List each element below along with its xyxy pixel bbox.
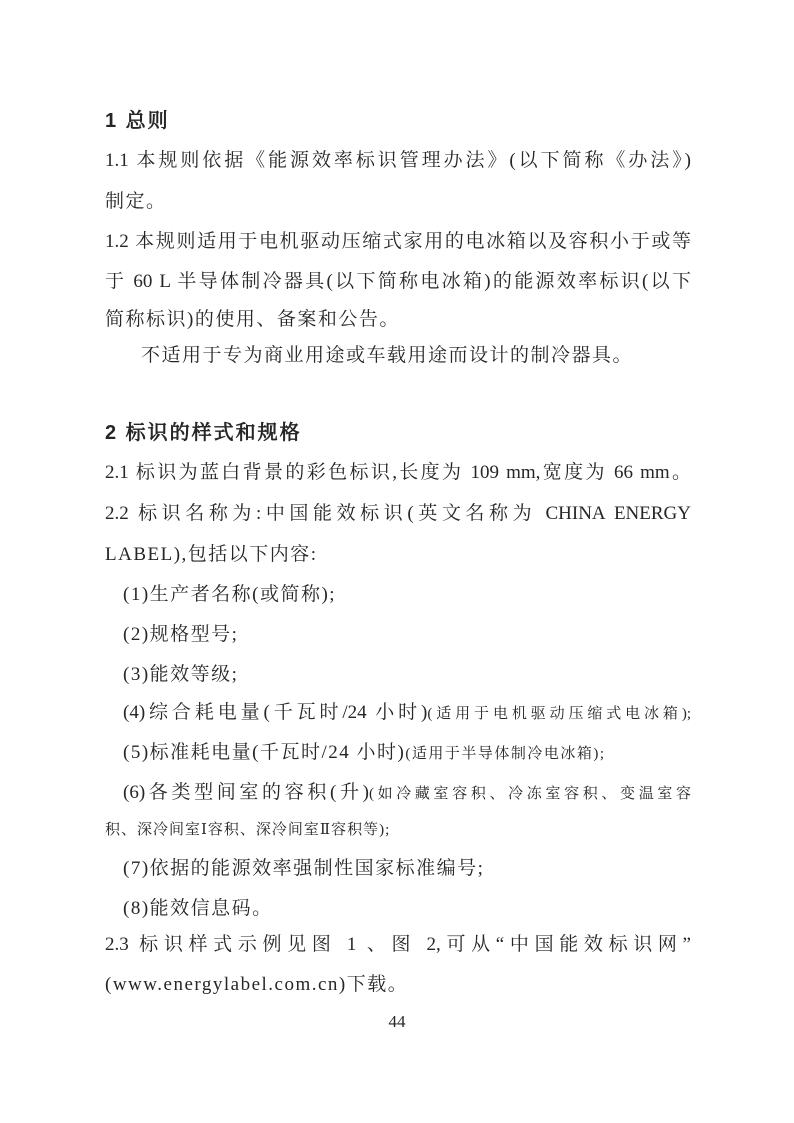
- list-item-6-main: (6)各类型间室的容积(升): [123, 782, 369, 803]
- list-item-5-note: (适用于半导体制冷电冰箱);: [405, 746, 605, 762]
- heading-section-1: 1 总则: [105, 108, 691, 135]
- page-number: 44: [0, 1012, 794, 1032]
- para-1-2-line-2: 于 60 L 半导体制冷器具(以下简称电冰箱)的能源效率标识(以下: [105, 268, 691, 295]
- para-1-2-line-1: 1.2 本规则适用于电机驱动压缩式家用的电冰箱以及容积小于或等: [105, 228, 691, 255]
- para-1-1-line-1: 1.1 本规则依据《能源效率标识管理办法》(以下简称《办法》): [105, 147, 691, 174]
- para-2-1: 2.1 标识为蓝白背景的彩色标识,长度为 109 mm,宽度为 66 mm。: [105, 459, 691, 486]
- list-item-7: (7)依据的能源效率强制性国家标准编号;: [105, 855, 691, 882]
- para-2-2-line-1: 2.2 标识名称为:中国能效标识(英文名称为 CHINA ENERGY: [105, 500, 691, 527]
- list-item-5-main: (5)标准耗电量(千瓦时/24 小时): [123, 742, 405, 763]
- list-item-4-main: (4)综合耗电量(千瓦时/24 小时): [123, 702, 427, 723]
- para-2-3-line-2: (www.energylabel.com.cn)下载。: [105, 971, 691, 998]
- document-page: 1 总则 1.1 本规则依据《能源效率标识管理办法》(以下简称《办法》) 制定。…: [0, 0, 794, 1123]
- list-item-1: (1)生产者名称(或简称);: [105, 581, 691, 608]
- para-1-1-line-2: 制定。: [105, 188, 691, 215]
- list-item-4-note: (适用于电机驱动压缩式电冰箱);: [427, 706, 691, 722]
- para-1-2-note: 不适用于专为商业用途或车载用途而设计的制冷器具。: [105, 342, 691, 369]
- heading-section-2: 2 标识的样式和规格: [105, 420, 691, 447]
- list-item-8: (8)能效信息码。: [105, 895, 691, 922]
- document-body: 1 总则 1.1 本规则依据《能源效率标识管理办法》(以下简称《办法》) 制定。…: [105, 0, 691, 1123]
- list-item-5: (5)标准耗电量(千瓦时/24 小时)(适用于半导体制冷电冰箱);: [105, 739, 691, 768]
- list-item-6: (6)各类型间室的容积(升)(如冷藏室容积、冷冻室容积、变温室容: [105, 779, 691, 808]
- list-item-2: (2)规格型号;: [105, 621, 691, 648]
- para-1-2-line-3: 简称标识)的使用、备案和公告。: [105, 306, 691, 333]
- para-2-3-line-1: 2.3 标识样式示例见图 1 、图 2,可从“中国能效标识网”: [105, 931, 691, 958]
- list-item-6-continuation: 积、深冷间室Ⅰ容积、深冷间室Ⅱ容积等);: [105, 817, 691, 844]
- list-item-4: (4)综合耗电量(千瓦时/24 小时)(适用于电机驱动压缩式电冰箱);: [105, 699, 691, 728]
- list-item-3: (3)能效等级;: [105, 661, 691, 688]
- para-2-2-line-2: LABEL),包括以下内容:: [105, 541, 691, 568]
- list-item-6-note: (如冷藏室容积、冷冻室容积、变温室容: [369, 786, 691, 802]
